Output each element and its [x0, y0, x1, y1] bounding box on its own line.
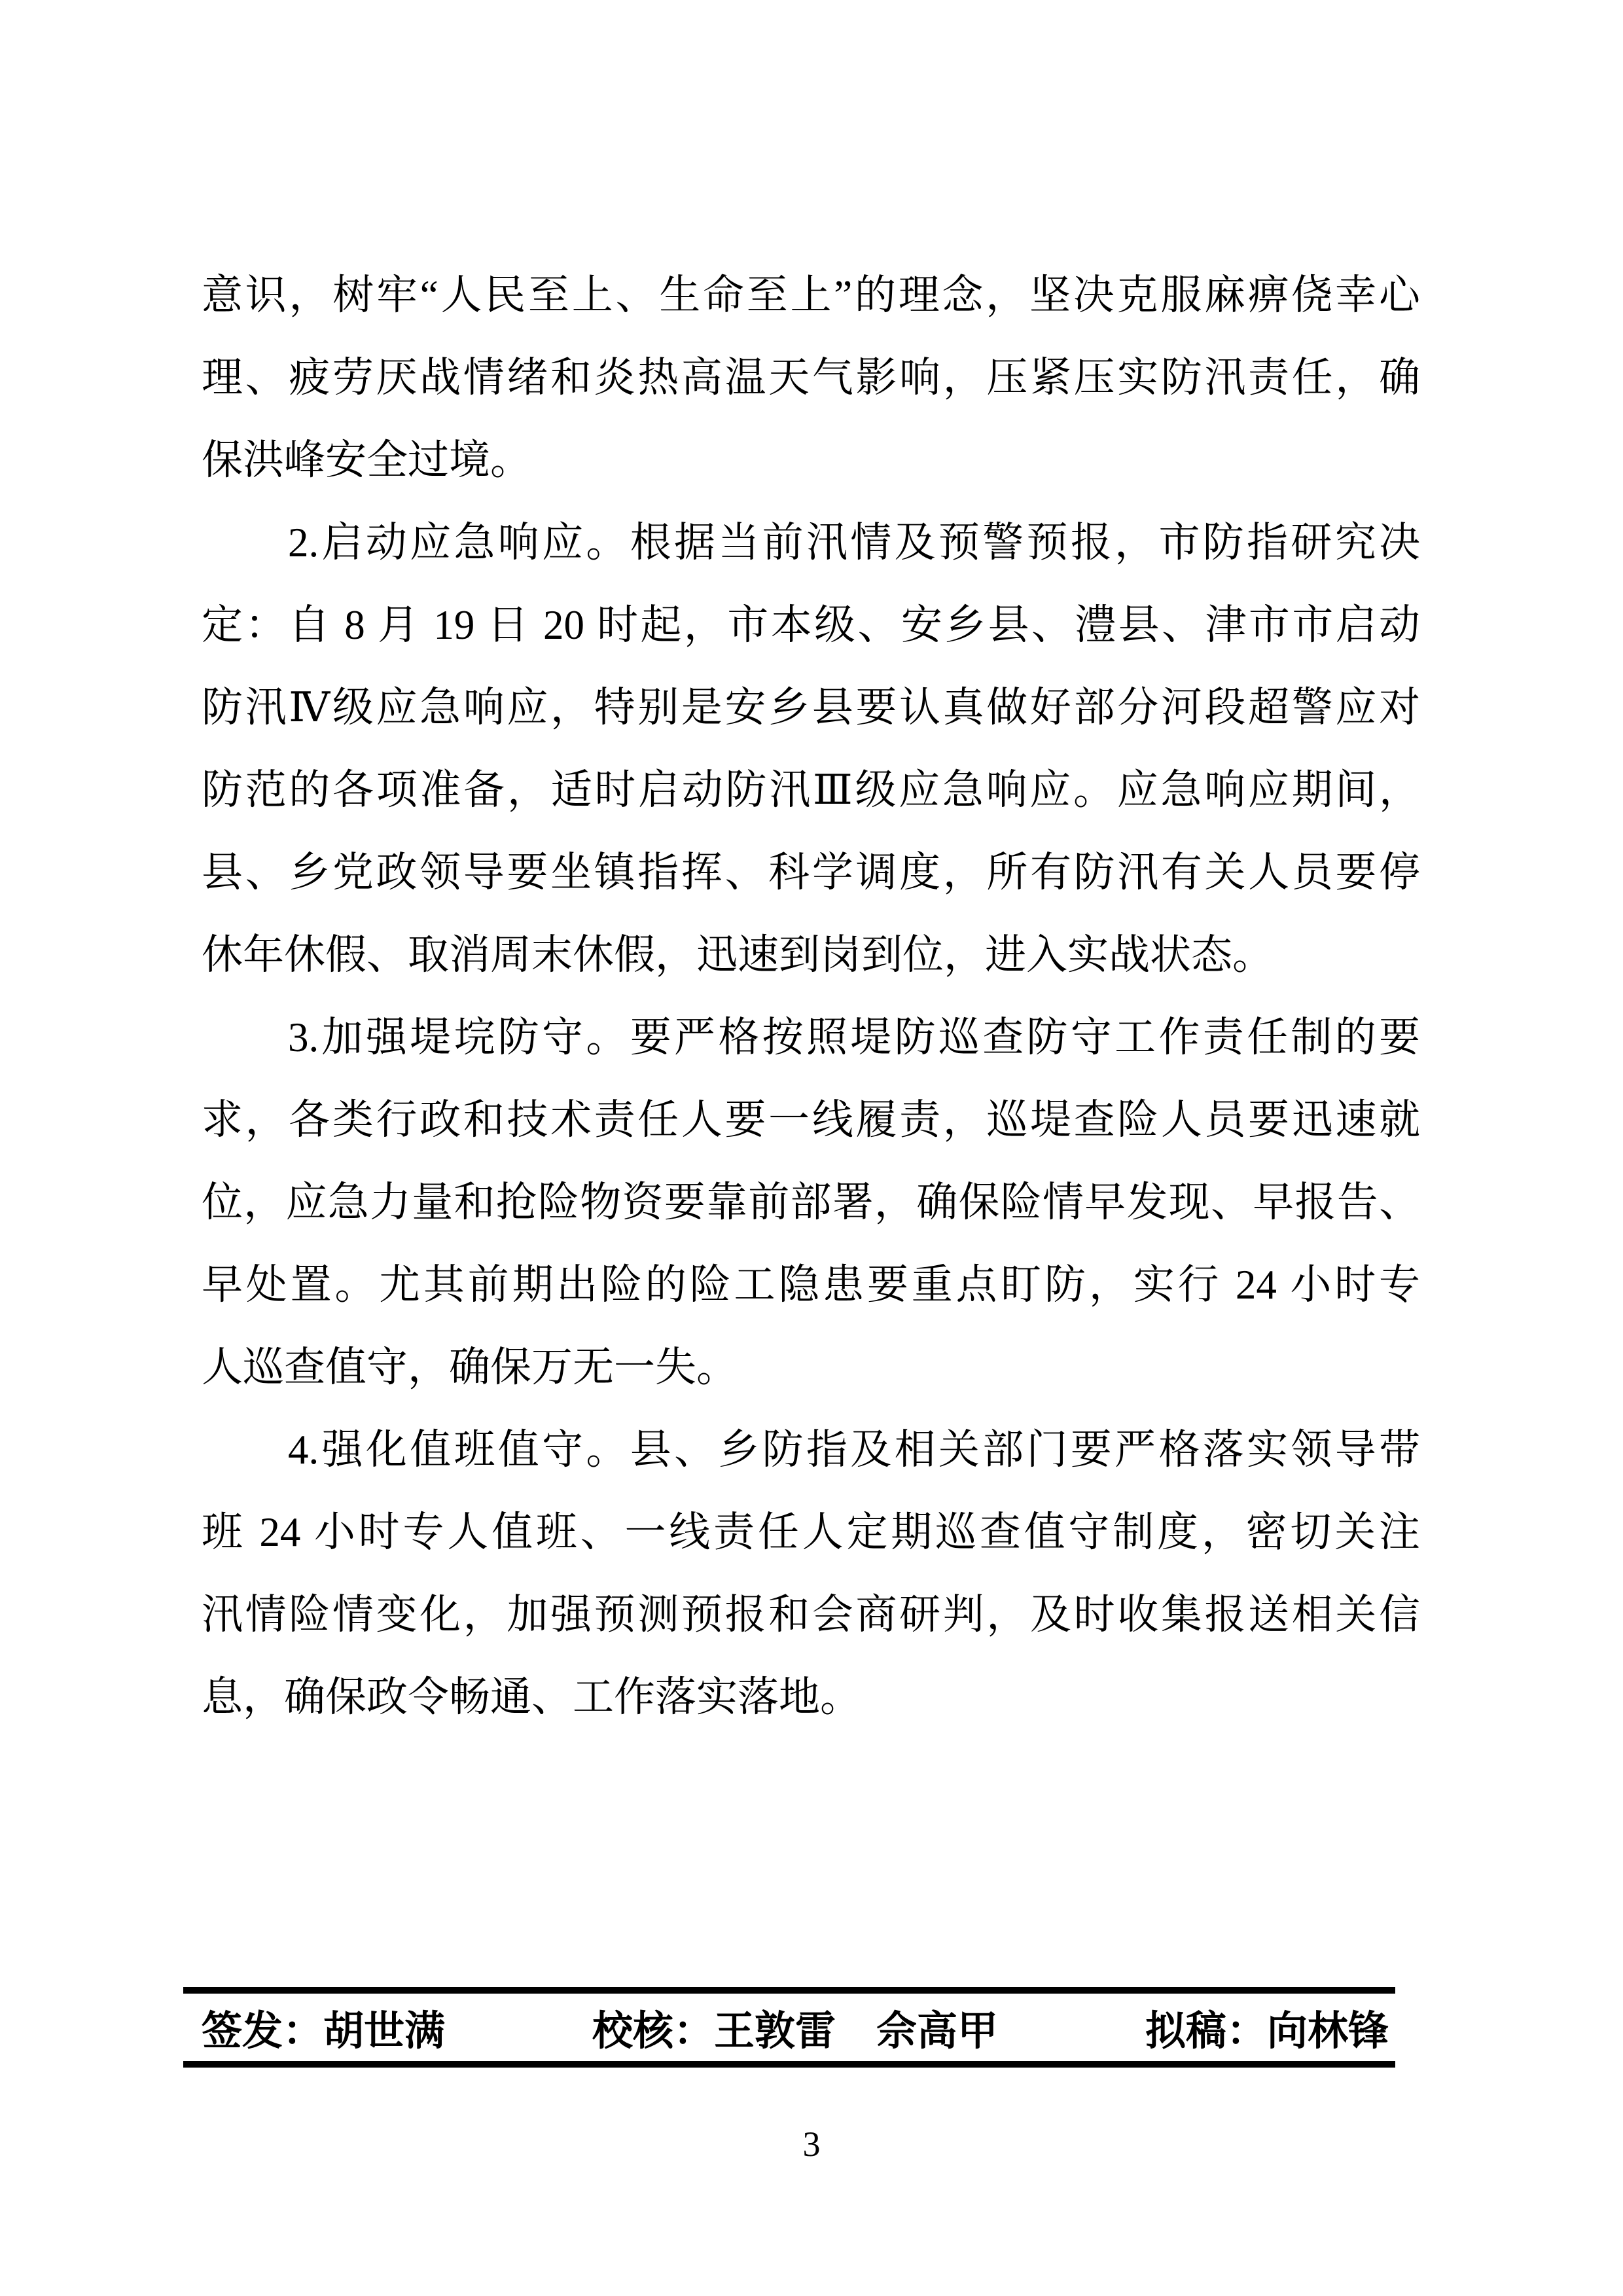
- footer-drafter: 拟稿：向林锋: [1145, 1998, 1389, 2056]
- footer-signature-block: 签发：胡世满 校核：王敦雷 佘高甲 拟稿：向林锋: [183, 1987, 1395, 2068]
- document-page: 意识，树牢“人民至上、生命至上”的理念，坚决克服麻痹侥幸心理、疲劳厌战情绪和炎热…: [0, 0, 1623, 2296]
- footer-proofreaders: 校核：王敦雷 佘高甲: [592, 1998, 998, 2056]
- page-number: 3: [0, 2124, 1623, 2164]
- footer-issuer: 签发：胡世满: [202, 1998, 445, 2056]
- body-line: 班 24 小时专人值班、一线责任人定期巡查值守制度，密切关注: [202, 1491, 1420, 1573]
- body-line: 4.强化值班值守。县、乡防指及相关部门要严格落实领导带: [202, 1408, 1420, 1491]
- body-line: 3.加强堤垸防守。要严格按照堤防巡查防守工作责任制的要: [202, 996, 1420, 1079]
- body-line: 早处置。尤其前期出险的险工隐患要重点盯防，实行 24 小时专: [202, 1244, 1420, 1326]
- body-line: 息，确保政令畅通、工作落实落地。: [202, 1656, 1420, 1738]
- document-body: 意识，树牢“人民至上、生命至上”的理念，坚决克服麻痹侥幸心理、疲劳厌战情绪和炎热…: [202, 254, 1420, 1738]
- body-line: 理、疲劳厌战情绪和炎热高温天气影响，压紧压实防汛责任，确: [202, 336, 1420, 419]
- body-line: 位，应急力量和抢险物资要靠前部署，确保险情早发现、早报告、: [202, 1161, 1420, 1244]
- body-line: 县、乡党政领导要坐镇指挥、科学调度，所有防汛有关人员要停: [202, 831, 1420, 914]
- body-line: 定：自 8 月 19 日 20 时起，市本级、安乡县、澧县、津市市启动: [202, 584, 1420, 666]
- body-line: 汛情险情变化，加强预测预报和会商研判，及时收集报送相关信: [202, 1573, 1420, 1656]
- body-line: 意识，树牢“人民至上、生命至上”的理念，坚决克服麻痹侥幸心: [202, 254, 1420, 336]
- body-line: 人巡查值守，确保万无一失。: [202, 1326, 1420, 1408]
- body-line: 休年休假、取消周末休假，迅速到岗到位，进入实战状态。: [202, 914, 1420, 996]
- body-line: 求，各类行政和技术责任人要一线履责，巡堤查险人员要迅速就: [202, 1079, 1420, 1161]
- body-line: 防范的各项准备，适时启动防汛Ⅲ级应急响应。应急响应期间，: [202, 749, 1420, 831]
- body-line: 保洪峰安全过境。: [202, 419, 1420, 501]
- body-line: 2.启动应急响应。根据当前汛情及预警预报，市防指研究决: [202, 501, 1420, 584]
- body-line: 防汛Ⅳ级应急响应，特别是安乡县要认真做好部分河段超警应对: [202, 666, 1420, 749]
